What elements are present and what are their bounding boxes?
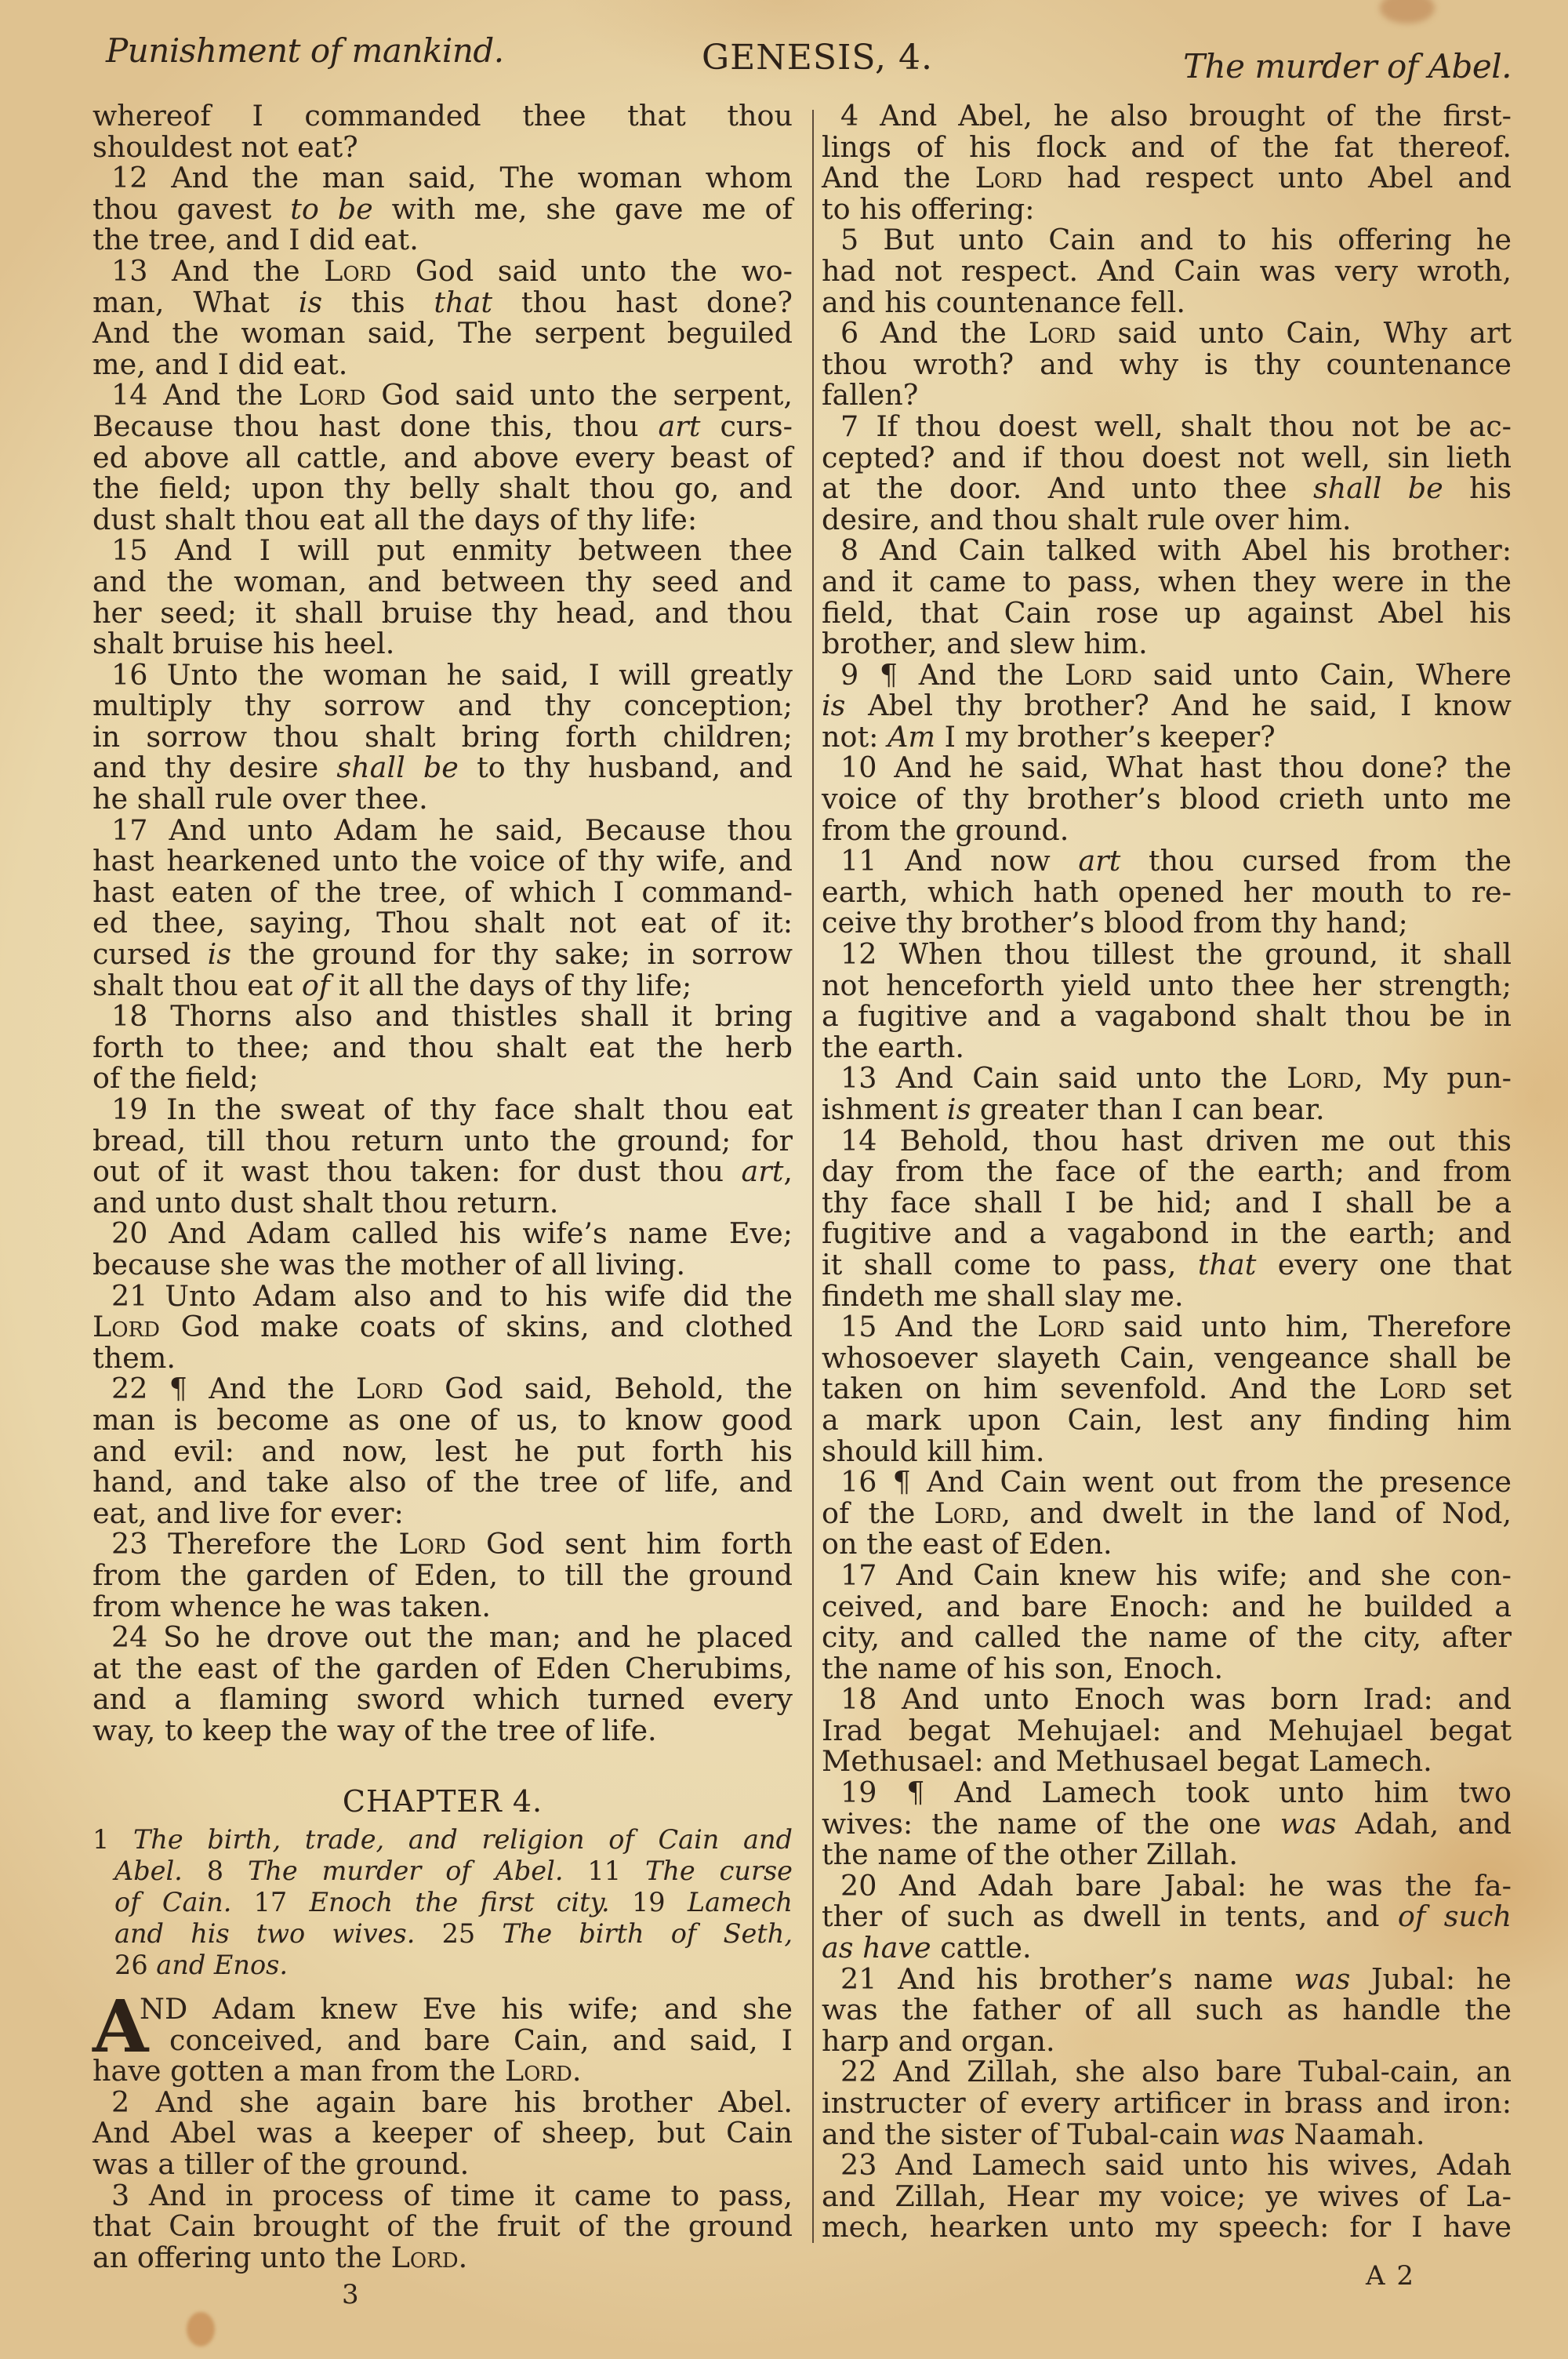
text-line: an offering unto the Lord. [93,2242,793,2274]
text-line: and the woman, and between thy seed and [93,566,793,598]
text-line: thy face shall I be hid; and I shall be … [822,1187,1512,1219]
text-line: city, and called the name of the city, a… [822,1622,1512,1653]
text-line: 10 And he said, What hast thou done? the [822,752,1512,783]
text-line: whosoever slayeth Cain, vengeance shall … [822,1343,1512,1374]
running-header: Punishment of mankind. GENESIS, 4. The m… [106,24,1512,78]
text-line: 14 And the Lord God said unto the serpen… [93,380,793,411]
text-line: and evil: and now, lest he put forth his [93,1436,793,1467]
text-line: hast hearkened unto the voice of thy wif… [93,845,793,877]
header-book-chapter: GENESIS, 4. [702,38,933,78]
text-line: the tree, and I did eat. [93,224,793,256]
right-column: 4 And Abel, he also brought of the first… [822,100,1512,2243]
column-divider [812,110,814,2243]
text-line: thou gavest to be with me, she gave me o… [93,194,793,225]
bible-page: Punishment of mankind. GENESIS, 4. The m… [0,0,1568,2359]
text-line: not: Am I my brother’s keeper? [822,722,1512,753]
text-line: 22 And Zillah, she also bare Tubal-cain,… [822,2056,1512,2088]
text-line: cepted? and if thou doest not well, sin … [822,442,1512,474]
text-line: wives: the name of the one was Adah, and [822,1808,1512,1840]
text-line: Because thou hast done this, thou art cu… [93,411,793,442]
text-line: of the Lord, and dwelt in the land of No… [822,1498,1512,1529]
text-line: 19 ¶ And Lamech took unto him two [822,1777,1512,1808]
left-column-verses-ch4: have gotten a man from the Lord.2 And sh… [93,2055,793,2273]
text-line: on the east of Eden. [822,1528,1512,1560]
text-line: was the father of all such as handle the [822,1994,1512,2026]
text-line: should kill him. [822,1436,1512,1467]
text-line: 15 And the Lord said unto him, Therefore [822,1311,1512,1343]
text-line: Irad begat Mehujael: and Mehujael begat [822,1715,1512,1747]
text-line: brother, and slew him. [822,628,1512,660]
text-line: way, to keep the way of the tree of life… [93,1715,793,1747]
text-line: 3 And in process of time it came to pass… [93,2180,793,2212]
left-column-verses: whereof I commanded thee that thoushould… [93,100,793,1746]
text-line: to his offering: [822,194,1512,225]
text-line: is Abel thy brother? And he said, I know [822,690,1512,722]
text-line: at the east of the garden of Eden Cherub… [93,1653,793,1685]
text-line: mech, hearken unto my speech: for I have [822,2212,1512,2243]
text-line: from whence he was taken. [93,1591,793,1623]
text-line: earth, which hath opened her mouth to re… [822,877,1512,908]
text-line: 23 And Lamech said unto his wives, Adah [822,2150,1512,2181]
text-line: and his countenance fell. [822,287,1512,318]
text-line: 5 But unto Cain and to his offering he [822,224,1512,256]
chapter-summary: 1 The birth, trade, and religion of Cain… [93,1824,793,1981]
text-line: harp and organ. [822,2026,1512,2057]
page-number: 3 [342,2279,359,2310]
text-line: ed above all cattle, and above every bea… [93,442,793,474]
text-line: hast eaten of the tree, of which I comma… [93,877,793,908]
text-line: 18 Thorns also and thistles shall it bri… [93,1001,793,1032]
text-line: 17 And unto Adam he said, Because thou [93,815,793,846]
text-line: ed thee, saying, Thou shalt not eat of i… [93,907,793,939]
text-line: Methusael: and Methusael begat Lamech. [822,1746,1512,1777]
text-line: instructer of every artificer in brass a… [822,2088,1512,2119]
text-line: forth to thee; and thou shalt eat the he… [93,1032,793,1063]
text-line: eat, and live for ever: [93,1498,793,1529]
text-line: a fugitive and a vagabond shalt thou be … [822,1001,1512,1032]
drop-cap: A [93,1995,148,2058]
text-line: cursed is the ground for thy sake; in so… [93,939,793,970]
text-line: ceive thy brother’s blood from thy hand; [822,907,1512,939]
text-line: 6 And the Lord said unto Cain, Why art [822,318,1512,349]
text-line: 7 If thou doest well, shalt thou not be … [822,411,1512,442]
text-line: 21 And his brother’s name was Jubal: he [822,1964,1512,1995]
text-line: as have cattle. [822,1932,1512,1964]
text-line: 20 And Adah bare Jabal: he was the fa- [822,1870,1512,1902]
chapter-opening: A ND Adam knew Eve his wife; and sheconc… [93,1994,793,2055]
text-line: and Zillah, Hear my voice; ye wives of L… [822,2181,1512,2212]
text-line: and the sister of Tubal-cain was Naamah. [822,2119,1512,2150]
text-line: shalt thou eat of it all the days of thy… [93,970,793,1001]
text-line: man, What is this that thou hast done? [93,287,793,318]
text-line: of Cain. 17 Enoch the first city. 19 Lam… [93,1887,793,1918]
text-line: me, and I did eat. [93,349,793,380]
text-line: fugitive and a vagabond in the earth; an… [822,1218,1512,1249]
paper-stain [187,2312,215,2346]
text-line: and a flaming sword which turned every [93,1684,793,1715]
text-line: ceived, and bare Enoch: and he builded a [822,1591,1512,1623]
text-line: dust shalt thou eat all the days of thy … [93,504,793,536]
text-line: desire, and thou shalt rule over him. [822,504,1512,536]
text-line: had not respect. And Cain was very wroth… [822,256,1512,287]
text-line: and it came to pass, when they were in t… [822,566,1512,598]
text-line: and his two wives. 25 The birth of Seth, [93,1918,793,1950]
text-line: 2 And she again bare his brother Abel. [93,2087,793,2118]
text-line: of the field; [93,1063,793,1094]
header-right-title: The murder of Abel. [1183,47,1512,85]
text-line: 23 Therefore the Lord God sent him forth [93,1528,793,1560]
text-line: 17 And Cain knew his wife; and she con- [822,1560,1512,1591]
text-line: and unto dust shalt thou return. [93,1187,793,1219]
text-line: 13 And the Lord God said unto the wo- [93,256,793,287]
chapter-heading: CHAPTER 4. [93,1787,793,1818]
text-line: findeth me shall slay me. [822,1281,1512,1312]
text-line: fallen? [822,380,1512,411]
text-line: whereof I commanded thee that thou [93,100,793,132]
text-line: in sorrow thou shalt bring forth childre… [93,722,793,753]
text-line: shalt bruise his heel. [93,628,793,660]
text-line: 15 And I will put enmity between thee [93,535,793,566]
text-line: 19 In the sweat of thy face shalt thou e… [93,1094,793,1125]
text-line: out of it wast thou taken: for dust thou… [93,1156,793,1187]
text-line: the earth. [822,1032,1512,1063]
paper-stain [1380,0,1435,24]
text-line: 26 and Enos. [93,1950,793,1981]
text-line: 12 When thou tillest the ground, it shal… [822,939,1512,970]
drop-cap-lines: ND Adam knew Eve his wife; and sheconcei… [93,1994,793,2055]
text-line: 4 And Abel, he also brought of the first… [822,100,1512,132]
text-line: thou wroth? and why is thy countenance [822,349,1512,380]
text-line: voice of thy brother’s blood crieth unto… [822,783,1512,815]
text-line: Lord God make coats of skins, and clothe… [93,1311,793,1343]
text-line: 20 And Adam called his wife’s name Eve; [93,1218,793,1249]
text-line: 14 Behold, thou hast driven me out this [822,1125,1512,1157]
text-line: conceived, and bare Cain, and said, I [93,2025,793,2056]
right-column-verses: 4 And Abel, he also brought of the first… [822,100,1512,2243]
text-line: hand, and take also of the tree of life,… [93,1467,793,1498]
text-line: he shall rule over thee. [93,783,793,815]
text-line: And Abel was a keeper of sheep, but Cain [93,2117,793,2149]
text-line: it shall come to pass, that every one th… [822,1249,1512,1281]
text-line: ND Adam knew Eve his wife; and she [93,1994,793,2025]
text-line: bread, till thou return unto the ground;… [93,1125,793,1157]
text-line: 22 ¶ And the Lord God said, Behold, the [93,1373,793,1405]
text-line: them. [93,1343,793,1374]
text-line: not henceforth yield unto thee her stren… [822,970,1512,1001]
text-line: 18 And unto Enoch was born Irad: and [822,1684,1512,1715]
text-line: from the ground. [822,815,1512,846]
text-line: 16 ¶ And Cain went out from the presence [822,1467,1512,1498]
text-line: the name of his son, Enoch. [822,1653,1512,1685]
text-line: multiply thy sorrow and thy conception; [93,690,793,722]
text-line: from the garden of Eden, to till the gro… [93,1560,793,1591]
text-line: field, that Cain rose up against Abel hi… [822,598,1512,629]
text-line: 21 Unto Adam also and to his wife did th… [93,1281,793,1312]
text-line: 9 ¶ And the Lord said unto Cain, Where [822,660,1512,691]
text-line: ishment is greater than I can bear. [822,1094,1512,1125]
text-line: man is become as one of us, to know good [93,1405,793,1436]
text-line: because she was the mother of all living… [93,1249,793,1281]
text-line: 11 And now art thou cursed from the [822,845,1512,877]
text-line: 13 And Cain said unto the Lord, My pun- [822,1063,1512,1094]
text-line: her seed; it shall bruise thy head, and … [93,598,793,629]
text-line: was a tiller of the ground. [93,2149,793,2180]
text-line: have gotten a man from the Lord. [93,2055,793,2087]
text-line: ther of such as dwell in tents, and of s… [822,1901,1512,1932]
left-column: whereof I commanded thee that thoushould… [93,100,793,2273]
text-line: a mark upon Cain, lest any finding him [822,1405,1512,1436]
text-line: 12 And the man said, The woman whom [93,162,793,194]
text-line: and thy desire shall be to thy husband, … [93,752,793,783]
printer-signature: A 2 [1366,2260,1415,2292]
text-line: And the woman said, The serpent beguiled [93,318,793,349]
text-line: 24 So he drove out the man; and he place… [93,1622,793,1653]
text-line: the name of the other Zillah. [822,1839,1512,1870]
text-line: 8 And Cain talked with Abel his brother: [822,535,1512,566]
text-line: 16 Unto the woman he said, I will greatl… [93,660,793,691]
text-line: at the door. And unto thee shall be his [822,473,1512,504]
text-line: Abel. 8 The murder of Abel. 11 The curse [93,1856,793,1887]
text-line: taken on him sevenfold. And the Lord set [822,1373,1512,1405]
text-line: shouldest not eat? [93,132,793,163]
text-line: the field; upon thy belly shalt thou go,… [93,473,793,504]
text-line: day from the face of the earth; and from [822,1156,1512,1187]
text-line: that Cain brought of the fruit of the gr… [93,2211,793,2242]
text-line: And the Lord had respect unto Abel and [822,162,1512,194]
text-line: 1 The birth, trade, and religion of Cain… [93,1824,793,1856]
text-line: lings of his flock and of the fat thereo… [822,132,1512,163]
header-left-title: Punishment of mankind. [106,31,504,70]
